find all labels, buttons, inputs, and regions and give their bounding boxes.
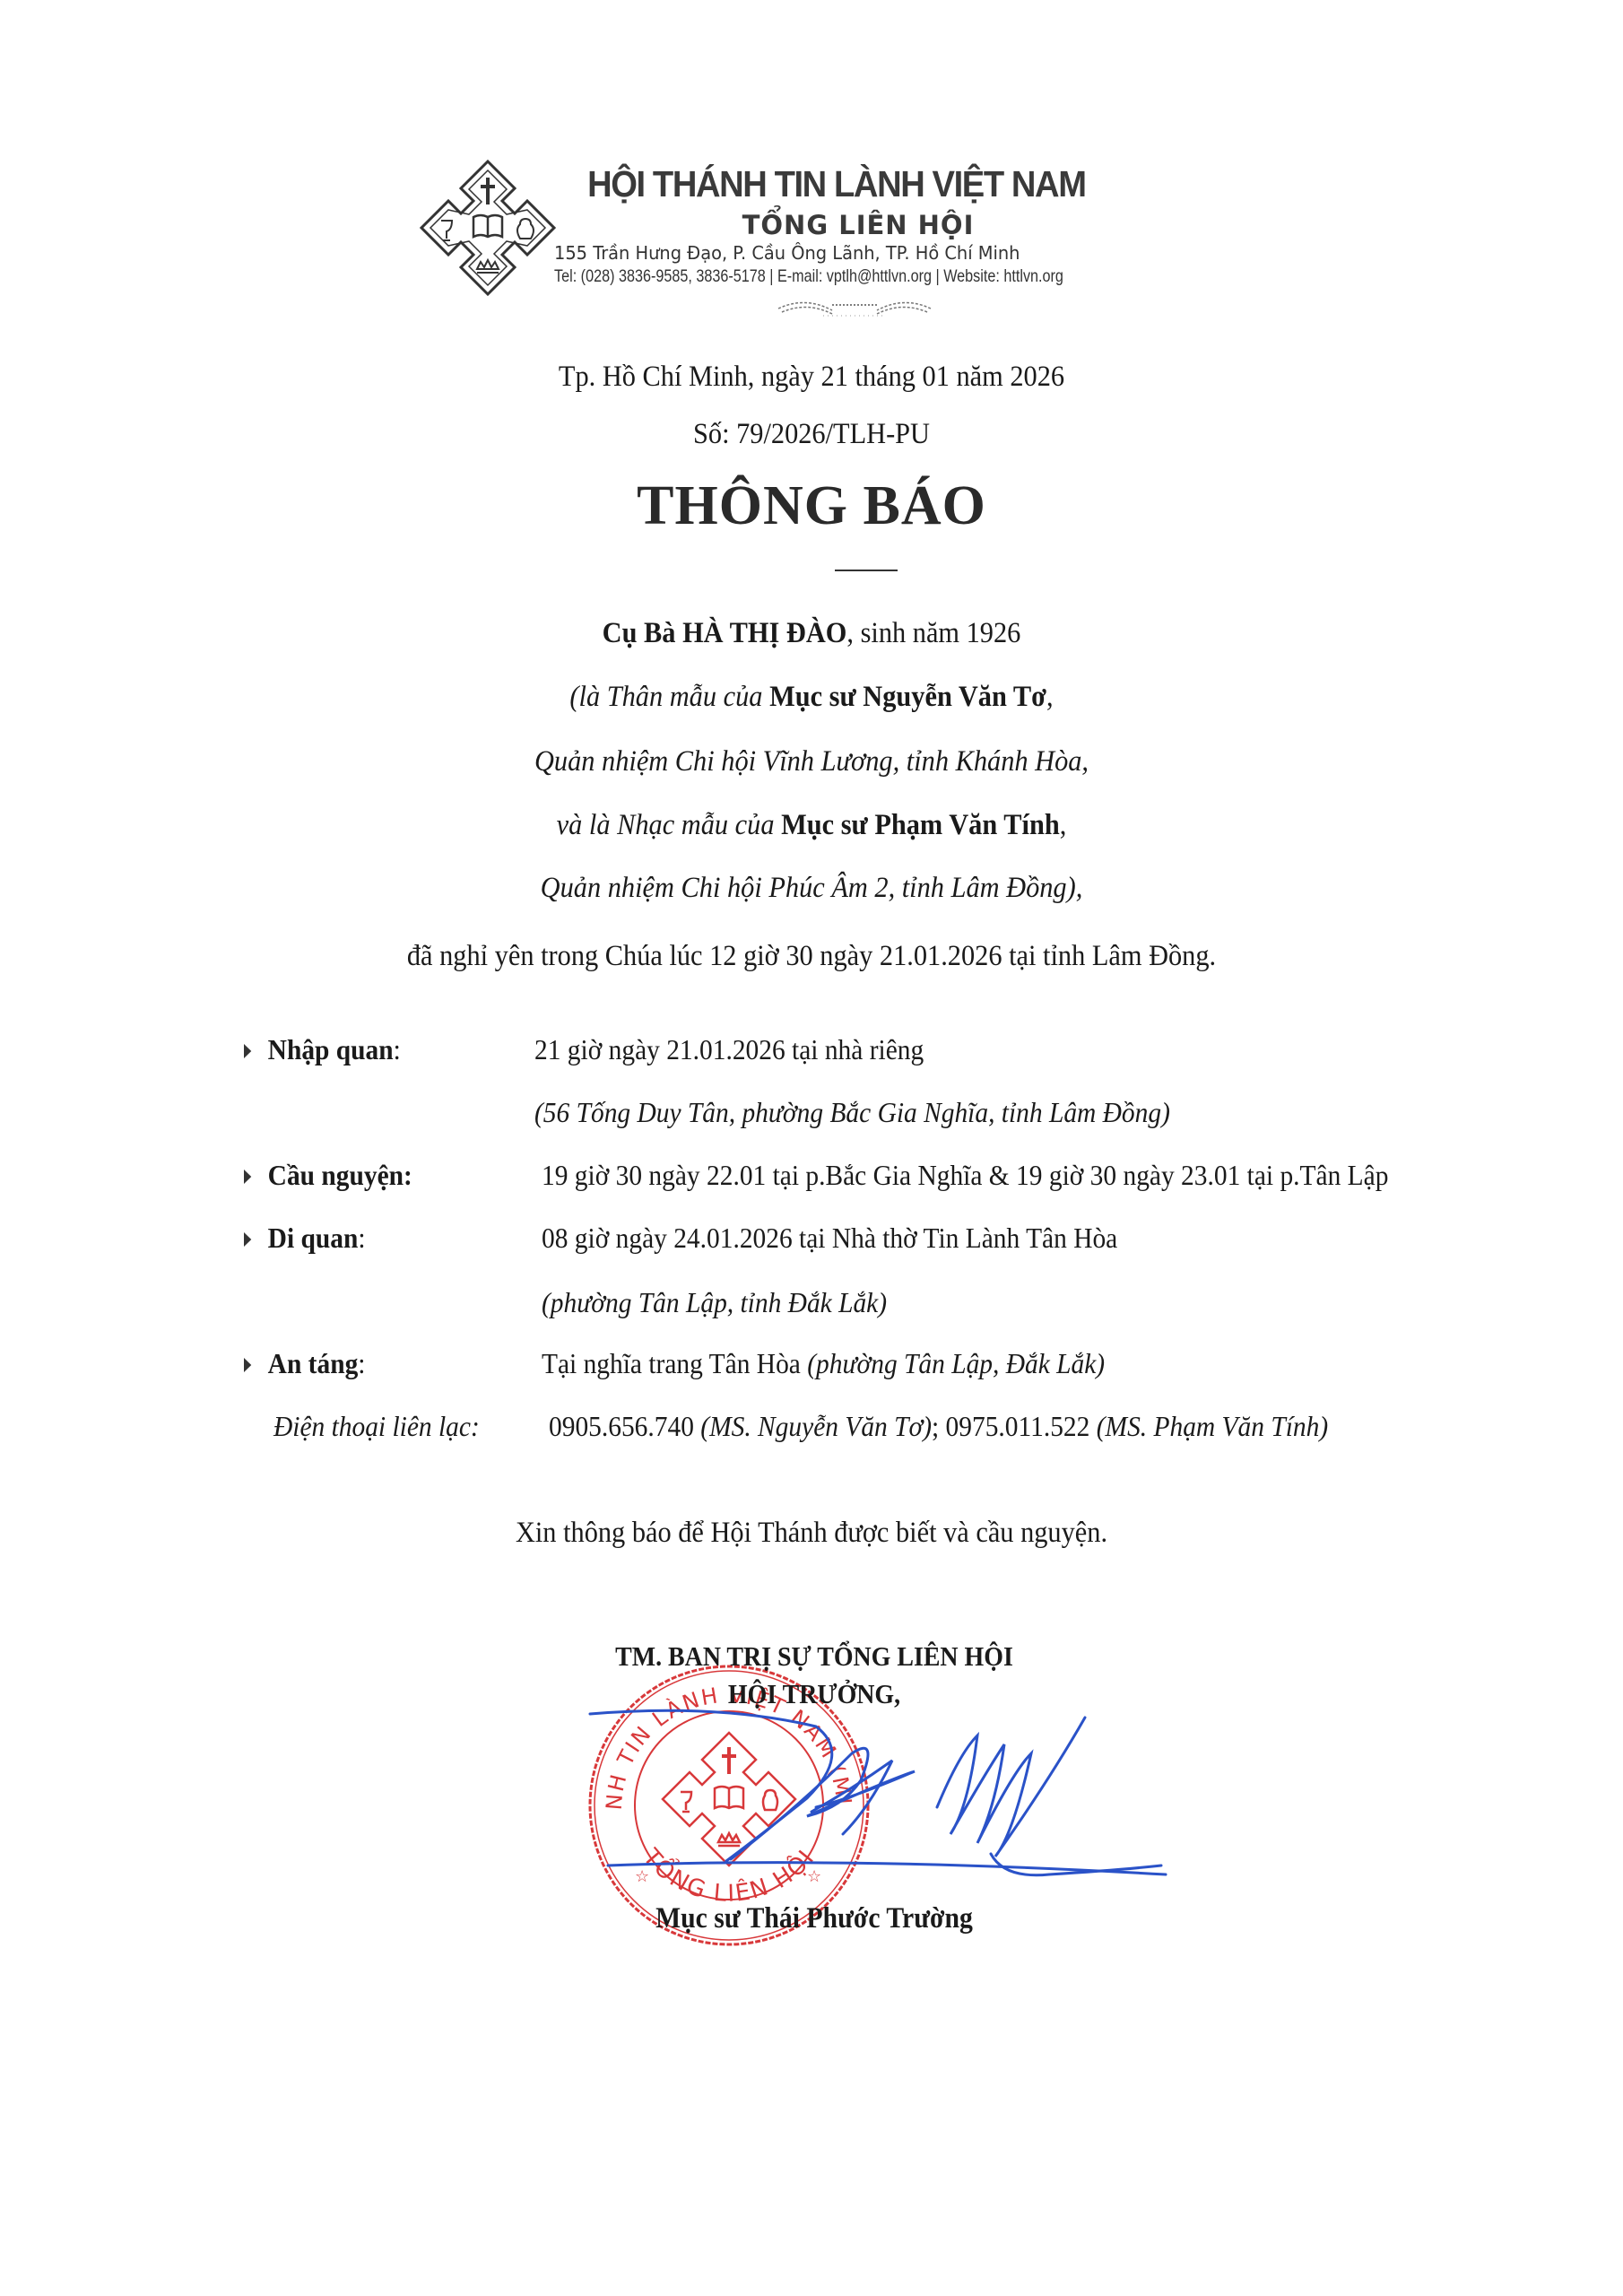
- schedule-label-di-quan: Di quan:: [244, 1217, 365, 1258]
- deceased-line: Cụ Bà HÀ THỊ ĐÀO, sinh năm 1926: [65, 612, 1558, 655]
- relation-line-3: và là Nhạc mẫu của Mục sư Phạm Văn Tính,: [65, 804, 1558, 847]
- signer-name: Mục sư Thái Phước Trường: [548, 1898, 1081, 1939]
- burial-place: Tại nghĩa trang Tân Hòa: [542, 1347, 807, 1379]
- triangle-bullet-icon: [244, 1170, 251, 1184]
- schedule-value-nhap-quan: 21 giờ ngày 21.01.2026 tại nhà riêng: [534, 1029, 924, 1070]
- punctuation: ,: [1046, 681, 1054, 713]
- document-title: THÔNG BÁO: [0, 472, 1623, 540]
- label-text: Cầu nguyện:: [268, 1159, 412, 1191]
- organization-contact: Tel: (028) 3836-9585, 3836-5178 | E-mail…: [554, 264, 1060, 289]
- schedule-note-di-quan: (phường Tân Lập, tỉnh Đắk Lắk): [542, 1282, 887, 1323]
- schedule-label-nhap-quan: Nhập quan:: [244, 1029, 401, 1070]
- label-text: Nhập quan: [268, 1033, 394, 1065]
- triangle-bullet-icon: [244, 1044, 251, 1058]
- triangle-bullet-icon: [244, 1232, 251, 1247]
- phone-label: Điện thoại liên lạc:: [273, 1405, 480, 1447]
- decorative-flourish-icon: [769, 296, 940, 319]
- church-cross-emblem-icon: [418, 158, 558, 312]
- title-divider: [835, 570, 898, 571]
- schedule-note-nhap-quan: (56 Tống Duy Tân, phường Bắc Gia Nghĩa, …: [534, 1091, 1170, 1133]
- organization-address: 155 Trần Hưng Đạo, P. Cầu Ông Lãnh, TP. …: [554, 240, 1146, 265]
- document-number: Số: 79/2026/TLH-PU: [65, 413, 1558, 456]
- organization-subtitle: TỔNG LIÊN HỘI: [549, 208, 1167, 242]
- schedule-value-cau-nguyen: 19 giờ 30 ngày 22.01 tại p.Bắc Gia Nghĩa…: [542, 1154, 1388, 1196]
- phone-number-1: 0905.656.740: [549, 1410, 700, 1442]
- schedule-label-an-tang: An táng:: [244, 1343, 365, 1384]
- organization-name: HỘI THÁNH TIN LÀNH VIỆT NAM: [549, 161, 1124, 206]
- closing-statement: Xin thông báo để Hội Thánh được biết và …: [65, 1511, 1558, 1554]
- label-text: Di quan: [268, 1222, 359, 1254]
- relation-line-1: (là Thân mẫu của Mục sư Nguyễn Văn Tơ,: [65, 675, 1558, 718]
- schedule-value-di-quan: 08 giờ ngày 24.01.2026 tại Nhà thờ Tin L…: [542, 1217, 1117, 1258]
- label-text: An táng: [268, 1347, 359, 1379]
- signature-on-behalf: TM. BAN TRỊ SỰ TỔNG LIÊN HỘI: [548, 1638, 1081, 1675]
- relation-line-4: Quản nhiệm Chi hội Phúc Âm 2, tỉnh Lâm Đ…: [65, 866, 1558, 909]
- handwritten-signature-icon: [583, 1700, 1184, 1906]
- pastor-name: Mục sư Nguyễn Văn Tơ: [769, 681, 1046, 713]
- schedule-value-an-tang: Tại nghĩa trang Tân Hòa (phường Tân Lập,…: [542, 1343, 1105, 1384]
- phone-contact-2: (MS. Phạm Văn Tính): [1097, 1410, 1328, 1442]
- relation-text: (là Thân mẫu của: [569, 681, 769, 713]
- passing-statement: đã nghỉ yên trong Chúa lúc 12 giờ 30 ngà…: [65, 935, 1558, 978]
- label-colon: :: [358, 1347, 365, 1379]
- relation-text: và là Nhạc mẫu của: [557, 809, 781, 841]
- pastor-name: Mục sư Phạm Văn Tính: [781, 809, 1060, 841]
- place-and-date: Tp. Hồ Chí Minh, ngày 21 tháng 01 năm 20…: [65, 355, 1558, 398]
- punctuation: ,: [1060, 809, 1067, 841]
- relation-line-2: Quản nhiệm Chi hội Vĩnh Lương, tỉnh Khán…: [65, 740, 1558, 783]
- label-colon: :: [394, 1033, 401, 1065]
- birth-year: , sinh năm 1926: [846, 617, 1020, 649]
- burial-location-note: (phường Tân Lập, Đắk Lắk): [807, 1347, 1105, 1379]
- phone-contact-1: (MS. Nguyễn Văn Tơ): [700, 1410, 932, 1442]
- label-colon: :: [358, 1222, 365, 1254]
- deceased-name: Cụ Bà HÀ THỊ ĐÀO: [603, 617, 847, 649]
- phone-number-2: ; 0975.011.522: [932, 1410, 1097, 1442]
- phone-contacts: 0905.656.740 (MS. Nguyễn Văn Tơ); 0975.0…: [549, 1405, 1328, 1447]
- schedule-label-cau-nguyen: Cầu nguyện:: [244, 1154, 412, 1196]
- triangle-bullet-icon: [244, 1358, 251, 1372]
